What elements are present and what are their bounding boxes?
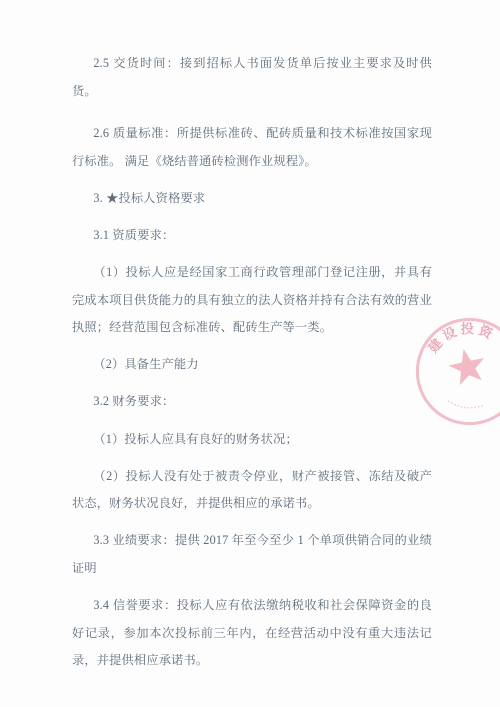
paragraph: （1）投标人应是经国家工商行政管理部门登记注册，并具有完成本项目供货能力的具有独… bbox=[72, 259, 432, 342]
paragraph: 3.1 资质要求： bbox=[72, 222, 432, 250]
paragraph: 3.2 财务要求： bbox=[72, 388, 432, 416]
star-icon bbox=[446, 345, 489, 386]
paragraph: （2）具备生产能力 bbox=[72, 351, 432, 379]
paragraph: 3. ★投标人资格要求 bbox=[72, 185, 432, 213]
stamp-serial-marks: ••••••••••• bbox=[446, 399, 486, 412]
paragraph: 3.4 信誉要求：投标人应有依法缴纳税收和社会保障资金的良好记录，参加本次投标前… bbox=[72, 592, 432, 675]
paragraph: 2.5 交货时间：接到招标人书面发货单后按业主要求及时供货。 bbox=[72, 50, 432, 105]
paragraph: （1）投标人应具有良好的财务状况； bbox=[72, 426, 432, 454]
document-body: 2.5 交货时间：接到招标人书面发货单后按业主要求及时供货。 2.6 质量标准：… bbox=[72, 50, 432, 684]
company-seal-stamp: 建设投资 ••••••••••• bbox=[403, 305, 500, 438]
stamp-arc-text: 建设投资 bbox=[425, 320, 499, 355]
paragraph: （2）投标人没有处于被责令停业，财产被接管、冻结及破产状态，财务状况良好，并提供… bbox=[72, 463, 432, 518]
paragraph: 2.6 质量标准：所提供标准砖、配砖质量和技术标准按国家现行标准。 满足《烧结普… bbox=[72, 120, 432, 175]
paragraph: 3.3 业绩要求：提供 2017 年至今至少 1 个单项供销合同的业绩证明 bbox=[72, 527, 432, 582]
document-page: 2.5 交货时间：接到招标人书面发货单后按业主要求及时供货。 2.6 质量标准：… bbox=[0, 0, 500, 707]
